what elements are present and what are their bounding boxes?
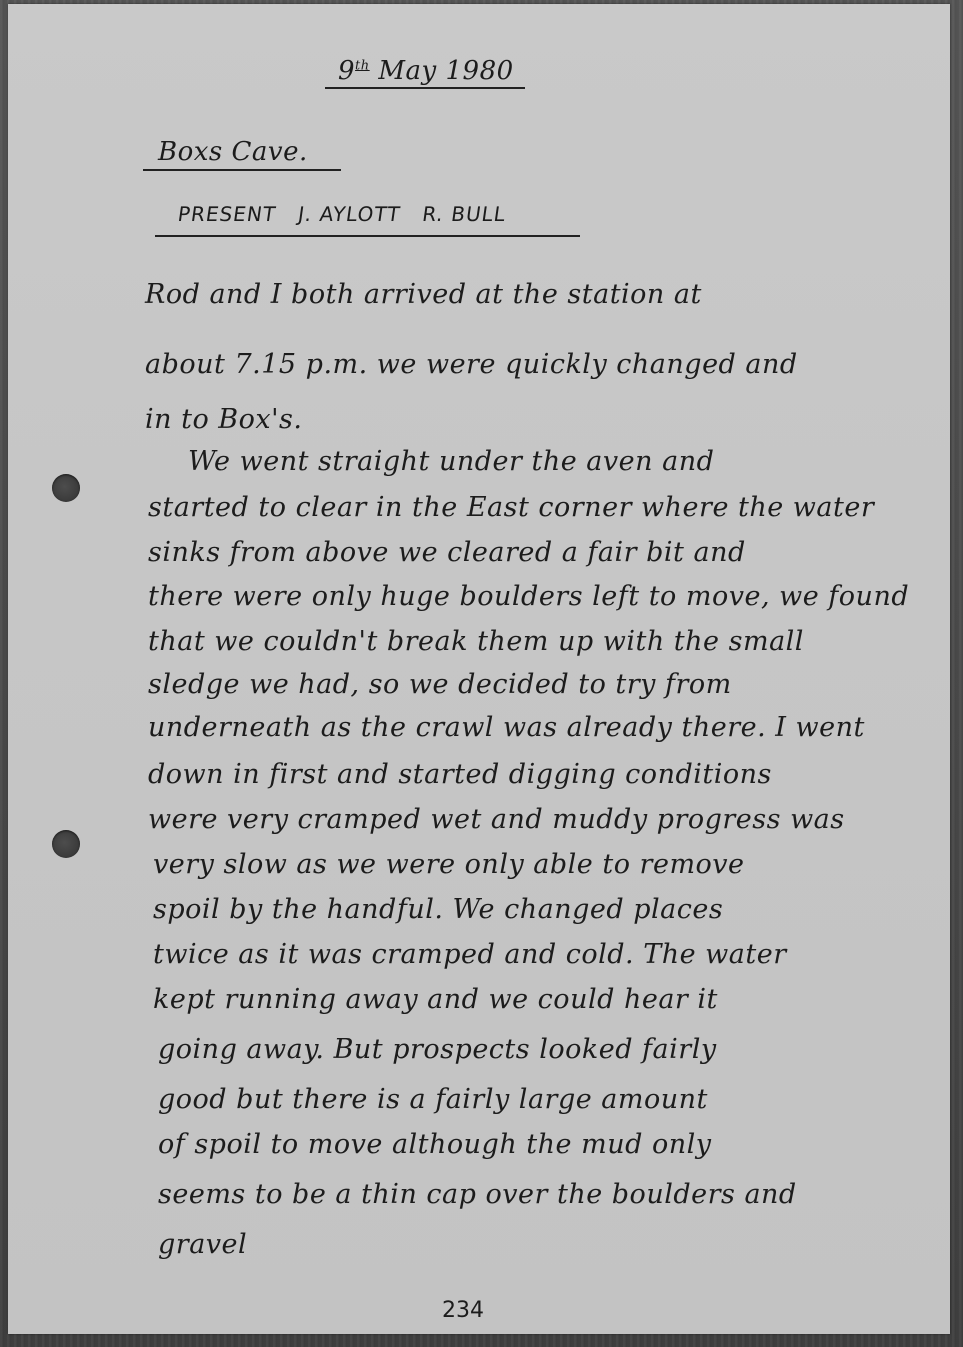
body-line: underneath as the crawl was already ther… xyxy=(148,712,865,743)
body-line: that we couldn't break them up with the … xyxy=(148,626,804,657)
body-line: sinks from above we cleared a fair bit a… xyxy=(148,537,746,568)
present-name-1: J. AYLOTT xyxy=(297,202,403,226)
body-line: We went straight under the aven and xyxy=(188,446,714,477)
entry-date: 9th May 1980 xyxy=(338,56,514,86)
body-line: going away. But prospects looked fairly xyxy=(158,1034,717,1065)
body-line: twice as it was cramped and cold. The wa… xyxy=(153,939,787,970)
body-line: gravel xyxy=(158,1229,247,1260)
punch-hole-top xyxy=(52,474,80,502)
logbook-page: 9th May 1980 Boxs Cave. PRESENT J. AYLOT… xyxy=(8,4,950,1334)
cave-title: Boxs Cave. xyxy=(158,137,308,167)
body-line: started to clear in the East corner wher… xyxy=(148,492,874,523)
body-line: spoil by the handful. We changed places xyxy=(153,894,723,925)
body-line: seems to be a thin cap over the boulders… xyxy=(158,1179,797,1210)
body-line: there were only huge boulders left to mo… xyxy=(148,581,909,612)
page-number: 234 xyxy=(442,1298,484,1323)
present-line: PRESENT J. AYLOTT R. BULL xyxy=(176,202,507,226)
body-line: kept running away and we could hear it xyxy=(153,984,718,1015)
date-day: 9 xyxy=(338,56,355,86)
body-line: in to Box's. xyxy=(145,404,302,435)
body-line: good but there is a fairly large amount xyxy=(158,1084,708,1115)
body-line: were very cramped wet and muddy progress… xyxy=(148,804,845,835)
body-line: Rod and I both arrived at the station at xyxy=(145,279,702,310)
body-line: down in first and started digging condit… xyxy=(148,759,772,790)
punch-hole-bottom xyxy=(52,830,80,858)
body-line: about 7.15 p.m. we were quickly changed … xyxy=(145,349,798,380)
body-line: very slow as we were only able to remove xyxy=(153,849,745,880)
present-label: PRESENT xyxy=(176,202,277,226)
date-month-year: May 1980 xyxy=(378,56,513,86)
date-underline xyxy=(325,87,525,89)
present-underline xyxy=(155,235,580,237)
body-line: sledge we had, so we decided to try from xyxy=(148,669,732,700)
body-line: of spoil to move although the mud only xyxy=(158,1129,712,1160)
present-name-2: R. BULL xyxy=(421,202,508,226)
date-suffix: th xyxy=(355,58,370,73)
title-underline xyxy=(143,169,341,171)
